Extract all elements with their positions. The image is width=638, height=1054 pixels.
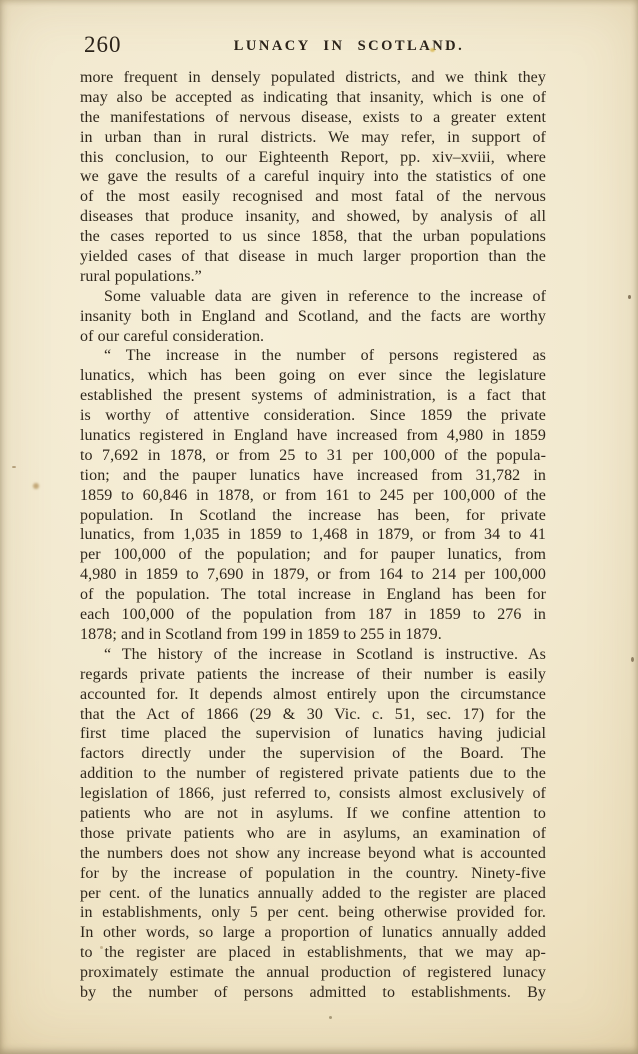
book-page: 260 LUNACY IN SCOTLAND. more frequent in… <box>0 0 638 1054</box>
text-line: tion; and the pauper lunatics have incre… <box>80 466 546 486</box>
text-line: factors directly under the supervision o… <box>80 744 546 764</box>
text-line: for by the increase of population in the… <box>80 864 546 884</box>
text-line: of the population. The total increase in… <box>80 585 546 605</box>
text-line: each 100,000 of the population from 187 … <box>80 605 546 625</box>
text-line: more frequent in densely populated distr… <box>80 68 546 88</box>
text-line: we gave the results of a careful inquiry… <box>80 167 546 187</box>
text-line: by the number of persons admitted to est… <box>80 983 546 1003</box>
text-line: yielded cases of that disease in much la… <box>80 247 546 267</box>
text-line: to 7,692 in 1878, or from 25 to 31 per 1… <box>80 446 546 466</box>
text-line: patients who are not in asylums. If we c… <box>80 804 546 824</box>
text-line: may also be accepted as indicating that … <box>80 88 546 108</box>
text-line: of the most easily recognised and most f… <box>80 187 546 207</box>
text-line: per 100,000 of the population; and for p… <box>80 545 546 565</box>
paper-speck <box>33 483 39 489</box>
text-line: first time placed the supervision of lun… <box>80 724 546 744</box>
text-line: population. In Scotland the increase has… <box>80 506 546 526</box>
paper-speck <box>631 657 634 662</box>
running-title: LUNACY IN SCOTLAND. <box>80 38 618 54</box>
text-line: legislation of 1866, just referred to, c… <box>80 784 546 804</box>
text-line: regards private patients the increase of… <box>80 665 546 685</box>
text-line: in urban than in rural districts. We may… <box>80 128 546 148</box>
text-line: 1878; and in Scotland from 199 in 1859 t… <box>80 625 546 645</box>
paper-speck <box>628 295 631 299</box>
text-line: those private patients who are in asylum… <box>80 824 546 844</box>
paper-speck <box>12 466 16 468</box>
text-line: “ The history of the increase in Scotlan… <box>80 645 546 665</box>
text-line: the numbers does not show any increase b… <box>80 844 546 864</box>
paper-speck <box>329 1016 332 1019</box>
text-line: to the register are placed in establishm… <box>80 943 546 963</box>
text-line: that the Act of 1866 (29 & 30 Vic. c. 51… <box>80 705 546 725</box>
text-line: rural populations.” <box>80 267 546 287</box>
text-line: 4,980 in 1859 to 7,690 in 1879, or from … <box>80 565 546 585</box>
text-line: “ The increase in the number of persons … <box>80 346 546 366</box>
text-line: In other words, so large a proportion of… <box>80 923 546 943</box>
text-line: the cases reported to us since 1858, tha… <box>80 227 546 247</box>
text-line: established the present systems of admin… <box>80 386 546 406</box>
text-line: lunatics registered in England have incr… <box>80 426 546 446</box>
text-line: the manifestations of nervous disease, e… <box>80 108 546 128</box>
page-header: 260 LUNACY IN SCOTLAND. <box>80 32 618 60</box>
text-line: lunatics, from 1,035 in 1859 to 1,468 in… <box>80 525 546 545</box>
text-line: in establishments, only 5 per cent. bein… <box>80 903 546 923</box>
body-text: more frequent in densely populated distr… <box>80 68 546 1003</box>
text-line: proximately estimate the annual producti… <box>80 963 546 983</box>
text-line: of our careful consideration. <box>80 327 546 347</box>
text-line: insanity both in England and Scotland, a… <box>80 307 546 327</box>
text-line: Some valuable data are given in referenc… <box>80 287 546 307</box>
text-line: 1859 to 60,846 in 1878, or from 161 to 2… <box>80 486 546 506</box>
text-line: accounted for. It depends almost entirel… <box>80 685 546 705</box>
text-line: lunatics, which has been going on ever s… <box>80 366 546 386</box>
text-line: this conclusion, to our Eighteenth Repor… <box>80 148 546 168</box>
text-line: per cent. of the lunatics annually added… <box>80 884 546 904</box>
text-line: addition to the number of registered pri… <box>80 764 546 784</box>
text-line: diseases that produce insanity, and show… <box>80 207 546 227</box>
text-line: is worthy of attentive consideration. Si… <box>80 406 546 426</box>
